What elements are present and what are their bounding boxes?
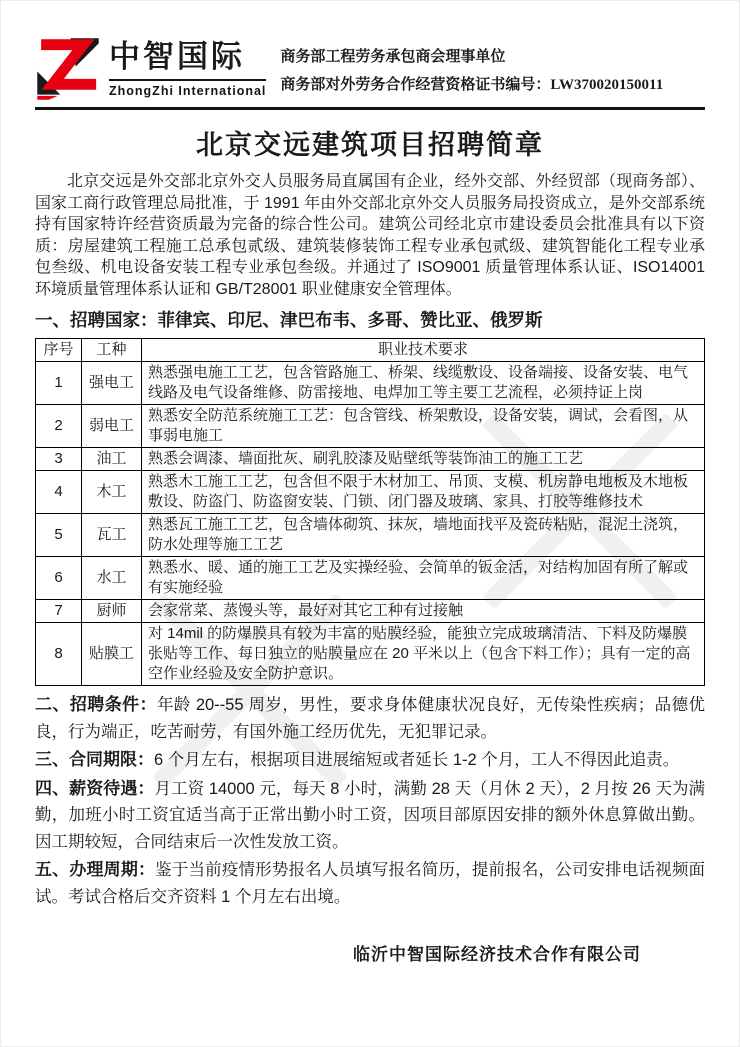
letterhead: 中智国际 ZhongZhi International 商务部工程劳务承包商会理… [35, 37, 705, 101]
table-row: 7 厨师 会家常菜、蒸馒头等，最好对其它工种有过接触 [36, 600, 705, 623]
section-recruit-countries: 一、招聘国家：菲律宾、印尼、津巴布韦、多哥、赞比亚、俄罗斯 [35, 307, 705, 332]
table-row: 5 瓦工 熟悉瓦工施工工艺，包含墙体砌筑、抹灰，墙地面找平及瓷砖粘贴，混泥土浇筑… [36, 514, 705, 557]
cell-requirement: 熟悉强电施工工艺，包含管路施工、桥架、线缆敷设、设备端接、设备安装、电气线路及电… [142, 362, 705, 405]
cell-no: 6 [36, 557, 82, 600]
brand-name: 中智国际 [109, 37, 266, 81]
section-heading: 二、招聘条件： [35, 695, 157, 714]
column-header-trade: 工种 [82, 339, 142, 362]
section-contract-term: 三、合同期限：6 个月左右，根据项目进展缩短或者延长 1-2 个月，工人不得因此… [35, 747, 705, 774]
cell-trade: 木工 [82, 471, 142, 514]
cell-requirement: 熟悉木工施工工艺，包含但不限于木材加工、吊顶、支模、机房静电地板及木地板敷设、防… [142, 471, 705, 514]
cell-no: 5 [36, 514, 82, 557]
section-recruit-conditions: 二、招聘条件：年龄 20--55 周岁，男性，要求身体健康状况良好，无传染性疾病… [35, 692, 705, 745]
cell-trade: 强电工 [82, 362, 142, 405]
cell-no: 7 [36, 600, 82, 623]
brand-name-english: ZhongZhi International [109, 84, 266, 98]
column-header-no: 序号 [36, 339, 82, 362]
intro-paragraph: 北京交远是外交部北京外交人员服务局直属国有企业，经外交部、外经贸部（现商务部）、… [35, 171, 705, 300]
logo-wordmark: 中智国际 ZhongZhi International [109, 37, 266, 98]
table-row: 2 弱电工 熟悉安全防范系统施工工艺：包含管线、桥架敷设，设备安装，调试，会看图… [36, 405, 705, 448]
column-header-requirement: 职业技术要求 [142, 339, 705, 362]
cell-requirement: 会家常菜、蒸馒头等，最好对其它工种有过接触 [142, 600, 705, 623]
section-recruit-countries-text: 菲律宾、印尼、津巴布韦、多哥、赞比亚、俄罗斯 [158, 310, 543, 330]
document-page: 中智国际 ZhongZhi International 商务部工程劳务承包商会理… [0, 0, 740, 1047]
table-row: 1 强电工 熟悉强电施工工艺，包含管路施工、桥架、线缆敷设、设备端接、设备安装、… [36, 362, 705, 405]
numbered-sections: 二、招聘条件：年龄 20--55 周岁，男性，要求身体健康状况良好，无传染性疾病… [35, 692, 705, 910]
cell-no: 3 [36, 448, 82, 471]
document-title: 北京交远建筑项目招聘简章 [35, 123, 705, 162]
certification-block: 商务部工程劳务承包商会理事单位 商务部对外劳务合作经营资格证书编号：LW3700… [280, 43, 663, 99]
section-heading: 五、办理周期： [35, 860, 155, 879]
cell-trade: 瓦工 [82, 514, 142, 557]
table-row: 3 油工 熟悉会调漆、墙面批灰、刷乳胶漆及贴壁纸等装饰油工的施工工艺 [36, 448, 705, 471]
section-recruit-countries-heading: 一、招聘国家： [35, 310, 158, 330]
cell-no: 8 [36, 623, 82, 686]
table-row: 8 贴膜工 对 14mil 的防爆膜具有较为丰富的贴膜经验，能独立完成玻璃清洁、… [36, 623, 705, 686]
section-processing-period: 五、办理周期：鉴于当前疫情形势报名人员填写报名简历，提前报名，公司安排电话视频面… [35, 857, 705, 910]
zhongzhi-z-logo-icon [35, 37, 101, 101]
cell-trade: 弱电工 [82, 405, 142, 448]
section-salary: 四、薪资待遇：月工资 14000 元，每天 8 小时，满勤 28 天（月休 2 … [35, 776, 705, 856]
cell-trade: 厨师 [82, 600, 142, 623]
certification-line-2: 商务部对外劳务合作经营资格证书编号：LW370020150011 [280, 71, 663, 99]
cell-requirement: 熟悉会调漆、墙面批灰、刷乳胶漆及贴壁纸等装饰油工的施工工艺 [142, 448, 705, 471]
header-divider [35, 107, 705, 110]
section-heading: 四、薪资待遇： [35, 779, 154, 798]
section-heading: 三、合同期限： [35, 750, 154, 769]
signing-company: 临沂中智国际经济技术合作有限公司 [35, 940, 705, 965]
cell-requirement: 熟悉水、暖、通的施工工艺及实操经验、会简单的钣金活，对结构加固有所了解或有实施经… [142, 557, 705, 600]
company-logo: 中智国际 ZhongZhi International [35, 37, 266, 101]
cell-no: 2 [36, 405, 82, 448]
cell-requirement: 对 14mil 的防爆膜具有较为丰富的贴膜经验，能独立完成玻璃清洁、下料及防爆膜… [142, 623, 705, 686]
certification-line-1: 商务部工程劳务承包商会理事单位 [280, 43, 663, 71]
cell-no: 1 [36, 362, 82, 405]
cell-requirement: 熟悉瓦工施工工艺，包含墙体砌筑、抹灰，墙地面找平及瓷砖粘贴，混泥土浇筑，防水处理… [142, 514, 705, 557]
table-row: 6 水工 熟悉水、暖、通的施工工艺及实操经验、会简单的钣金活，对结构加固有所了解… [36, 557, 705, 600]
cell-requirement: 熟悉安全防范系统施工工艺：包含管线、桥架敷设，设备安装，调试，会看图，从事弱电施… [142, 405, 705, 448]
cell-trade: 贴膜工 [82, 623, 142, 686]
cell-trade: 水工 [82, 557, 142, 600]
table-row: 4 木工 熟悉木工施工工艺，包含但不限于木材加工、吊顶、支模、机房静电地板及木地… [36, 471, 705, 514]
section-text: 6 个月左右，根据项目进展缩短或者延长 1-2 个月，工人不得因此追责。 [154, 751, 679, 769]
cell-trade: 油工 [82, 448, 142, 471]
table-header-row: 序号 工种 职业技术要求 [36, 339, 705, 362]
cell-no: 4 [36, 471, 82, 514]
requirements-table: 序号 工种 职业技术要求 1 强电工 熟悉强电施工工艺，包含管路施工、桥架、线缆… [35, 338, 705, 686]
